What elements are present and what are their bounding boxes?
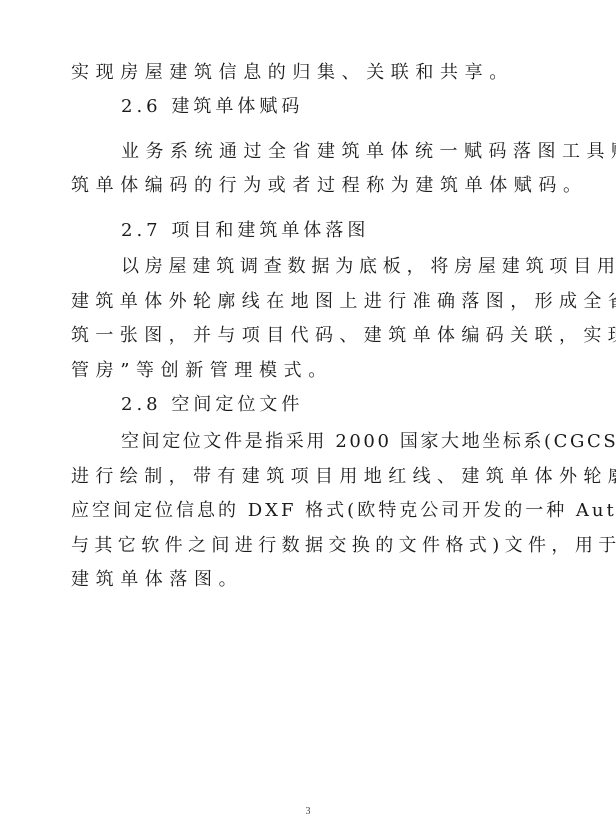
paragraph-line: 管房”等创新管理模式。 <box>71 360 333 382</box>
paragraph-line: 业务系统通过全省建筑单体统一赋码落图工具赋予建 <box>121 141 616 163</box>
section-heading-2-8: 2.8 空间定位文件 <box>121 394 303 416</box>
paragraph-line: 建筑单体外轮廓线在地图上进行准确落图，形成全省房屋建 <box>71 291 616 313</box>
section-heading-2-7: 2.7 项目和建筑单体落图 <box>121 220 369 242</box>
paragraph-line: 与其它软件之间进行数据交换的文件格式)文件，用于项目、 <box>71 535 616 557</box>
paragraph-line: 实现房屋建筑信息的归集、关联和共享。 <box>71 62 514 84</box>
paragraph-line: 空间定位文件是指采用 2000 国家大地坐标系(CGCS2000) <box>121 431 616 453</box>
section-heading-2-6: 2.6 建筑单体赋码 <box>121 96 303 118</box>
page-number: 3 <box>0 806 616 817</box>
paragraph-line: 建筑单体落图。 <box>71 569 243 591</box>
paragraph-line: 筑单体编码的行为或者过程称为建筑单体赋码。 <box>71 175 588 197</box>
paragraph-line: 以房屋建筑调查数据为底板，将房屋建筑项目用地红线、 <box>121 256 616 278</box>
paragraph-line: 筑一张图，并与项目代码、建筑单体编码关联，实现“以图 <box>71 325 616 347</box>
paragraph-line: 应空间定位信息的 DXF 格式(欧特克公司开发的一种 AutoCAD <box>71 500 616 522</box>
paragraph-line: 进行绘制，带有建筑项目用地红线、建筑单体外轮廓线和对 <box>71 466 616 488</box>
